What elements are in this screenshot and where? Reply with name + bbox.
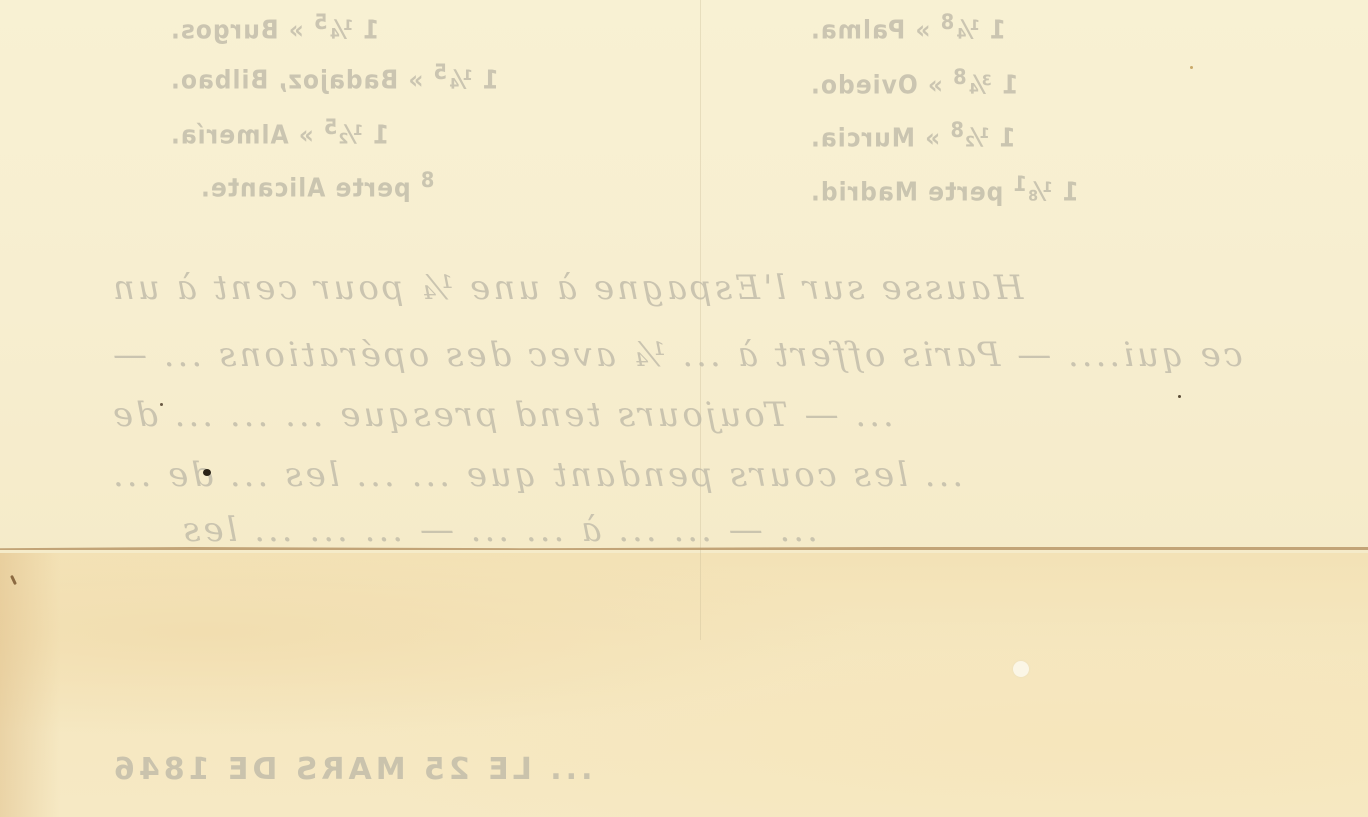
- left-list-item: 8 perte Alicante.: [200, 168, 434, 204]
- rate-fraction: 8: [952, 65, 967, 90]
- ditto-mark: »: [407, 66, 423, 96]
- rate-value: 1 ½: [964, 124, 1016, 154]
- body-line: ... — Toujours tend presque ... ... ... …: [110, 395, 894, 435]
- left-list-item: 1 ½5 » Almería.: [170, 115, 389, 151]
- place-name: perte Madrid.: [810, 178, 1003, 208]
- rate-value: 1 ½: [338, 121, 390, 151]
- body-line: ce qui.... — Paris offert à ... ¼ avec d…: [110, 335, 1243, 375]
- ink-speck: [203, 469, 211, 476]
- ditto-mark: »: [927, 71, 943, 101]
- ink-speck: [1178, 395, 1181, 398]
- ditto-mark: »: [298, 121, 314, 151]
- right-list-item: 1 ¼8 » Palma.: [810, 10, 1006, 46]
- place-name: Badajoz, Bilbao.: [170, 66, 398, 96]
- rate-fraction: 5: [433, 60, 448, 85]
- body-line: ... les cours pendant que ... ... les ..…: [110, 455, 963, 495]
- right-list-item: 1 ¾8 » Oviedo.: [810, 65, 1018, 101]
- edge-stain: [0, 553, 60, 817]
- rate-fraction: 8: [420, 168, 435, 193]
- body-line: Hausse sur l'Espagne à une ¼ pour cent à…: [110, 268, 1023, 308]
- place-name: Oviedo.: [810, 71, 918, 101]
- left-list-item: 1 ¼5 » Badajoz, Bilbao.: [170, 60, 499, 96]
- rate-value: 1 ¼: [447, 66, 499, 96]
- right-list-item: 1 ⅛1 perte Madrid.: [810, 172, 1079, 208]
- rate-value: 1 ⅛: [1027, 178, 1079, 208]
- foxing-spot: [1190, 66, 1193, 69]
- place-name: Burgos.: [170, 16, 279, 46]
- rate-value: 1 ¾: [967, 71, 1019, 101]
- place-name: Palma.: [810, 16, 905, 46]
- place-name: Almería.: [170, 121, 289, 151]
- rate-fraction: 8: [940, 10, 955, 35]
- place-name: perte Alicante.: [200, 174, 411, 204]
- ink-speck: [160, 403, 163, 406]
- paper-hole: [1013, 661, 1029, 677]
- rate-value: 1 ¼: [954, 16, 1006, 46]
- ditto-mark: »: [914, 16, 930, 46]
- ditto-mark: »: [924, 124, 940, 154]
- rate-fraction: 5: [323, 115, 338, 140]
- footer-dateline: ... LE 25 MARS DE 1846: [110, 752, 592, 787]
- left-list-item: 1 ¼5 » Burgos.: [170, 10, 379, 46]
- place-name: Murcia.: [810, 124, 915, 154]
- rate-fraction: 5: [313, 10, 328, 35]
- rate-fraction: 8: [949, 118, 964, 143]
- ditto-mark: »: [288, 16, 304, 46]
- right-list-item: 1 ½8 » Murcia.: [810, 118, 1016, 154]
- body-line: ... — ... ... à ... ... — ... ... ... le…: [180, 510, 818, 550]
- rate-fraction: 1: [1012, 172, 1027, 197]
- rate-value: 1 ¼: [328, 16, 380, 46]
